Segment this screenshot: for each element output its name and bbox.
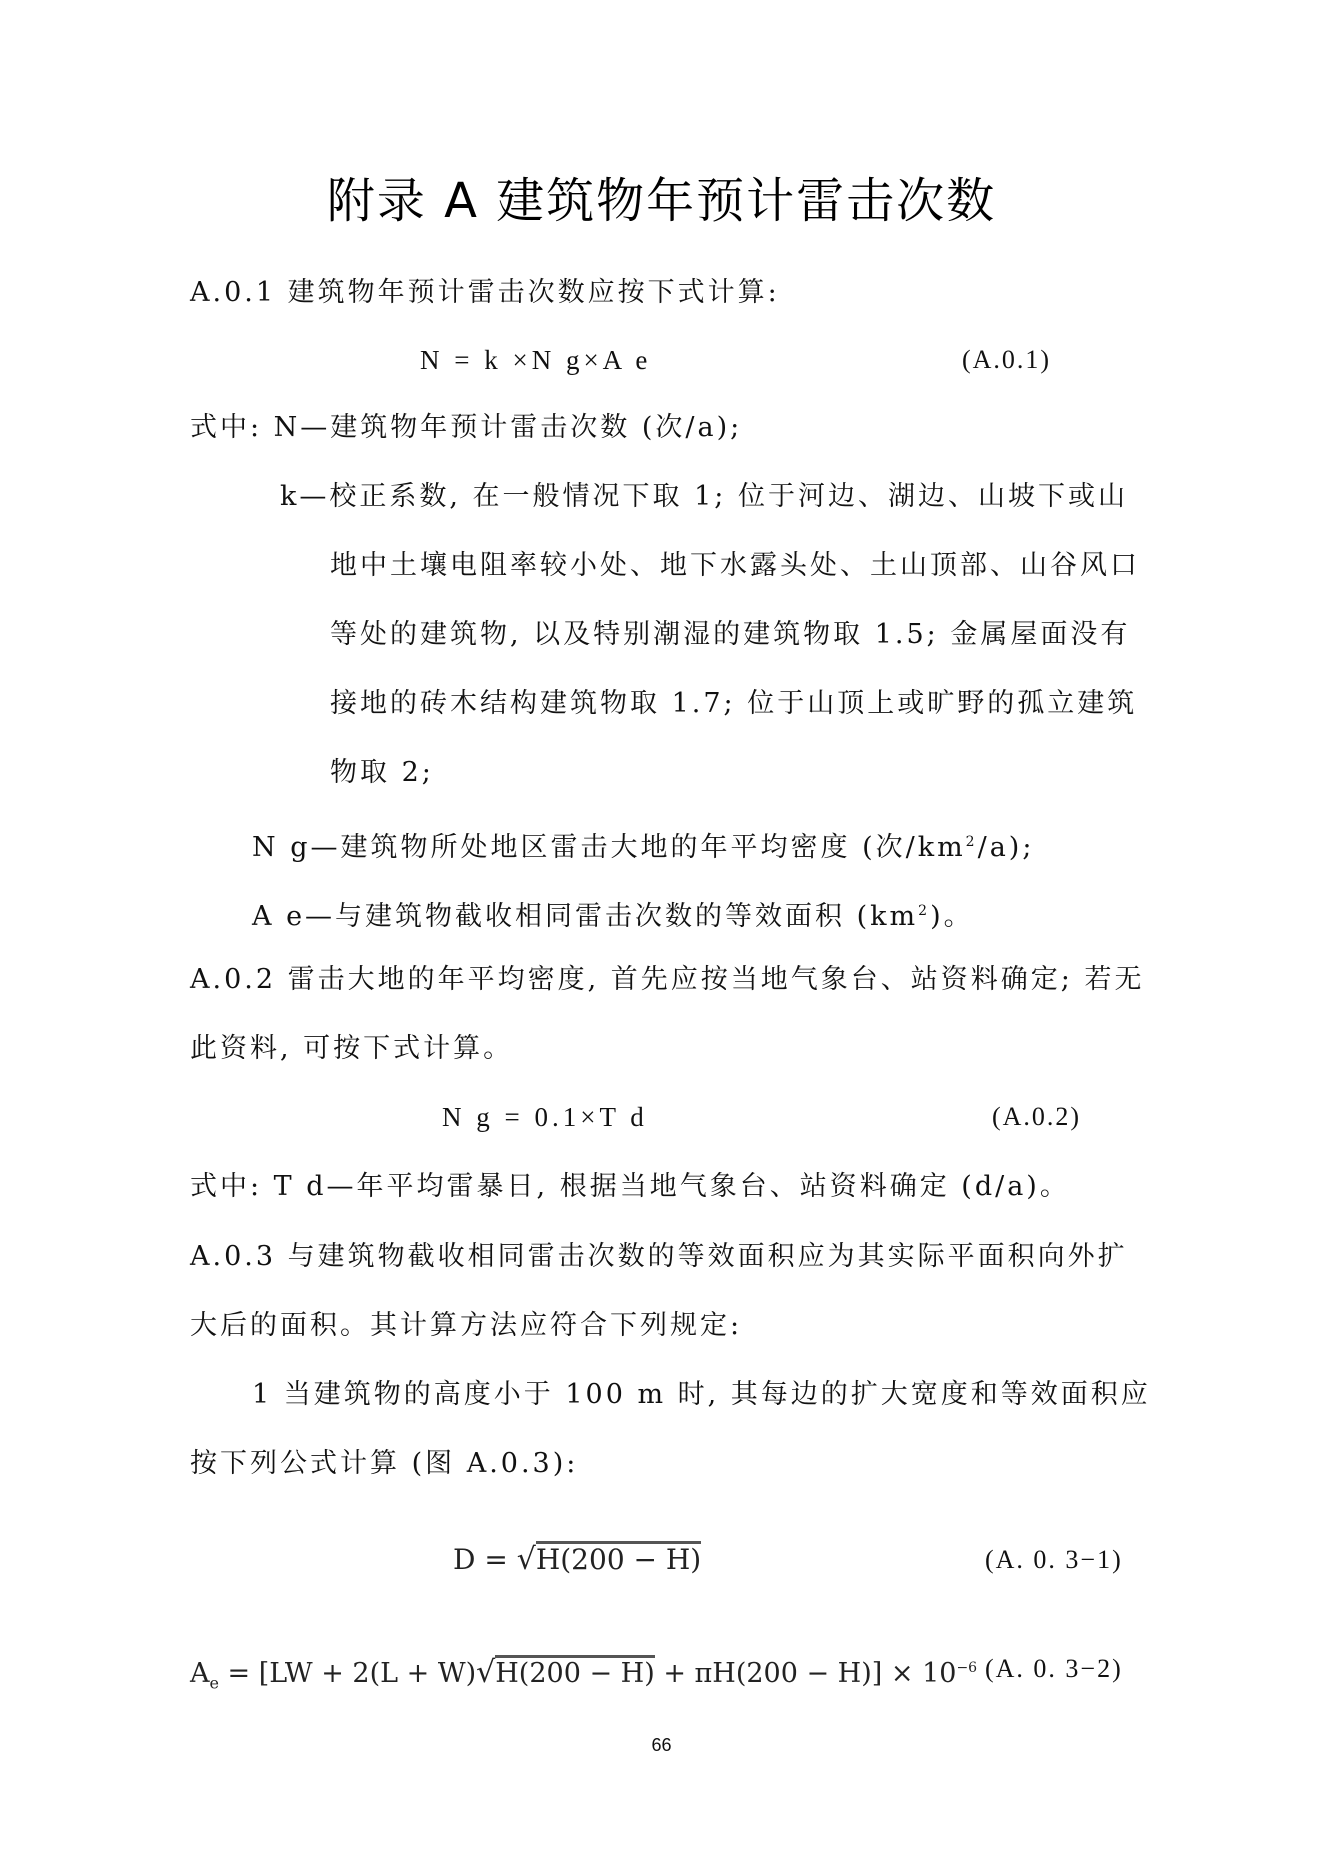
formula-a032-exponent: −6 [956, 1660, 977, 1676]
definition-Ng-text: N g—建筑物所处地区雷击大地的年平均密度 (次/km [252, 832, 966, 863]
formula-a031-radicand: H(200 − H) [536, 1541, 701, 1575]
definition-Ae-unit-suffix: )。 [930, 901, 974, 932]
definition-k-line-2: 地中土壤电阻率较小处、地下水露头处、土山顶部、山谷风口 [330, 549, 1140, 583]
formula-a032-part2: + πH(200 − H)] × 10 [655, 1658, 957, 1689]
definition-Ae-text: A e—与建筑物截收相同雷击次数的等效面积 (km [252, 901, 918, 932]
superscript: 2 [918, 903, 930, 919]
clause-a02-line-2: 此资料, 可按下式计算。 [190, 1032, 513, 1066]
page-title: 附录 A 建筑物年预计雷击次数 [0, 162, 1323, 231]
formula-a032: Ae = [LW + 2(L + W)√H(200 − H) + πH(200 … [190, 1648, 977, 1703]
square-root-icon: √ [476, 1655, 495, 1690]
clause-a01-heading: A.0.1 建筑物年预计雷击次数应按下式计算: [190, 276, 780, 310]
square-root-icon: √ [517, 1542, 536, 1577]
formula-a032-subscript: e [210, 1673, 219, 1692]
formula-a032-lhs: A [190, 1658, 210, 1689]
definition-Ng-unit-suffix: /a); [978, 832, 1035, 863]
page-number: 66 [0, 1735, 1323, 1756]
item-1-line-2: 按下列公式计算 (图 A.0.3): [190, 1447, 578, 1481]
definition-k-line-3: 等处的建筑物, 以及特别潮湿的建筑物取 1.5; 金属屋面没有 [330, 618, 1130, 652]
formula-a031-lhs: D = [453, 1543, 517, 1576]
clause-a03-line-1: A.0.3 与建筑物截收相同雷击次数的等效面积应为其实际平面积向外扩 [190, 1240, 1128, 1274]
definition-Td: 式中: T d—年平均雷暴日, 根据当地气象台、站资料确定 (d/a)。 [190, 1170, 1070, 1204]
equation-a02: N g = 0.1×T d [442, 1100, 648, 1134]
definition-k-line-4: 接地的砖木结构建筑物取 1.7; 位于山顶上或旷野的孤立建筑 [330, 687, 1137, 721]
formula-a032-part1: = [LW + 2(L + W) [219, 1658, 476, 1689]
equation-number-a032: (A. 0. 3−2) [985, 1652, 1123, 1686]
superscript: 2 [966, 834, 978, 850]
definition-Ng: N g—建筑物所处地区雷击大地的年平均密度 (次/km2/a); [252, 825, 1034, 865]
equation-number-a01: (A.0.1) [962, 343, 1051, 377]
definition-N: 式中: N—建筑物年预计雷击次数 (次/a); [190, 411, 742, 445]
definition-Ae: A e—与建筑物截收相同雷击次数的等效面积 (km2)。 [252, 894, 974, 934]
formula-a031: D = √H(200 − H) [453, 1540, 701, 1580]
item-1-line-1: 1 当建筑物的高度小于 100 m 时, 其每边的扩大宽度和等效面积应 [252, 1378, 1151, 1412]
definition-k-line-1: k—校正系数, 在一般情况下取 1; 位于河边、湖边、山坡下或山 [280, 480, 1128, 514]
clause-a03-line-2: 大后的面积。其计算方法应符合下列规定: [190, 1309, 742, 1343]
equation-a01: N = k ×N g×A e [420, 343, 651, 377]
definition-k-line-5: 物取 2; [330, 756, 434, 790]
formula-a032-radicand: H(200 − H) [495, 1655, 654, 1689]
equation-number-a02: (A.0.2) [992, 1100, 1081, 1134]
clause-a02-line-1: A.0.2 雷击大地的年平均密度, 首先应按当地气象台、站资料确定; 若无 [190, 963, 1144, 997]
equation-number-a031: (A. 0. 3−1) [985, 1543, 1123, 1577]
